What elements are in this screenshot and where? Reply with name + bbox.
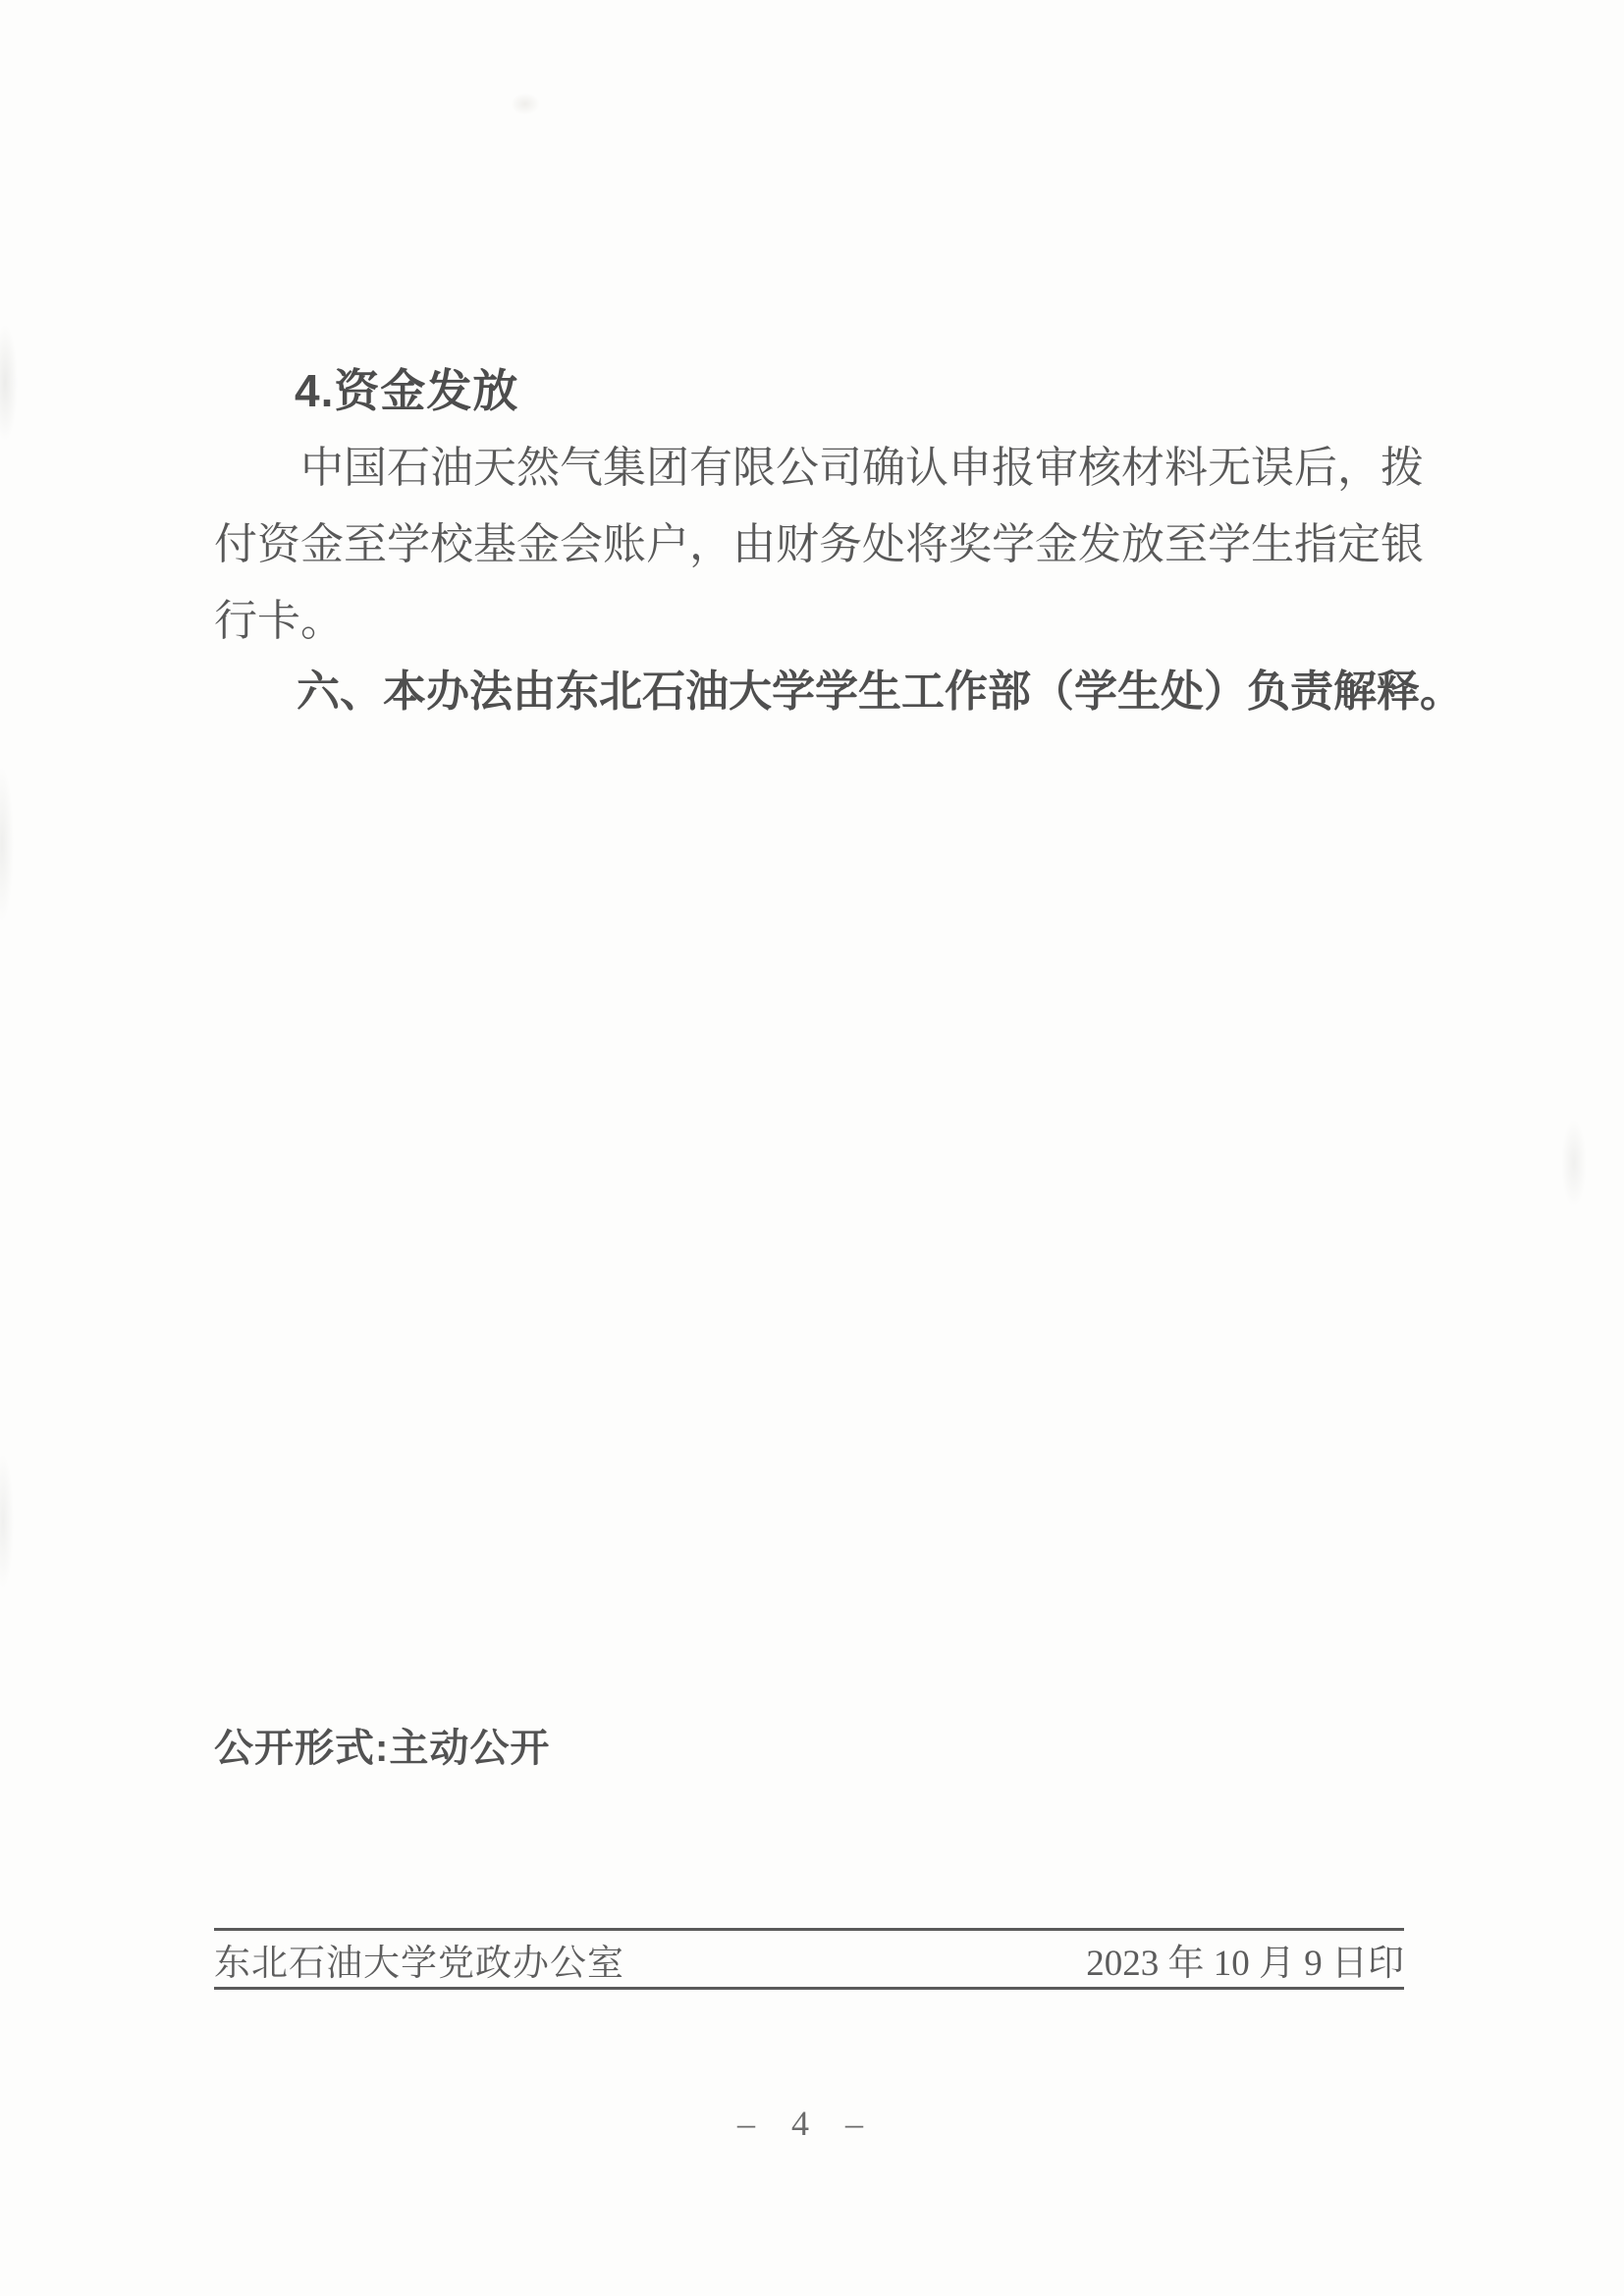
footer-rule-bottom (214, 1987, 1404, 1990)
imprint-footer: 东北石油大学党政办公室 2023 年 10 月 9 日印 (214, 1928, 1404, 1990)
paragraph-line: 中国石油天然气集团有限公司确认申报审核材料无误后，拨 (214, 430, 1424, 507)
footer-row: 东北石油大学党政办公室 2023 年 10 月 9 日印 (214, 1931, 1404, 1987)
issuing-office: 东北石油大学党政办公室 (214, 1933, 624, 1986)
paragraph-line: 付资金至学校基金会账户，由财务处将奖学金发放至学生指定银 (214, 507, 1424, 583)
scan-smudge (0, 324, 18, 442)
print-date: 2023 年 10 月 9 日印 (1086, 1933, 1404, 1986)
document-page: 4.资金发放 中国石油天然气集团有限公司确认申报审核材料无误后，拨 付资金至学校… (0, 0, 1624, 2296)
scan-smudge (1561, 1119, 1587, 1207)
scan-smudge (511, 93, 540, 115)
paragraph-line: 行卡。 (214, 583, 1424, 660)
interpretation-clause: 六、本办法由东北石油大学学生工作部（学生处）负责解释。 (214, 654, 1432, 730)
scan-smudge (0, 1453, 14, 1590)
scan-smudge (0, 766, 14, 923)
disclosure-method-label: 公开形式:主动公开 (214, 1725, 550, 1772)
section-heading-funds-distribution: 4.资金发放 (295, 364, 518, 417)
page-number: – 4 – (0, 2103, 1624, 2144)
